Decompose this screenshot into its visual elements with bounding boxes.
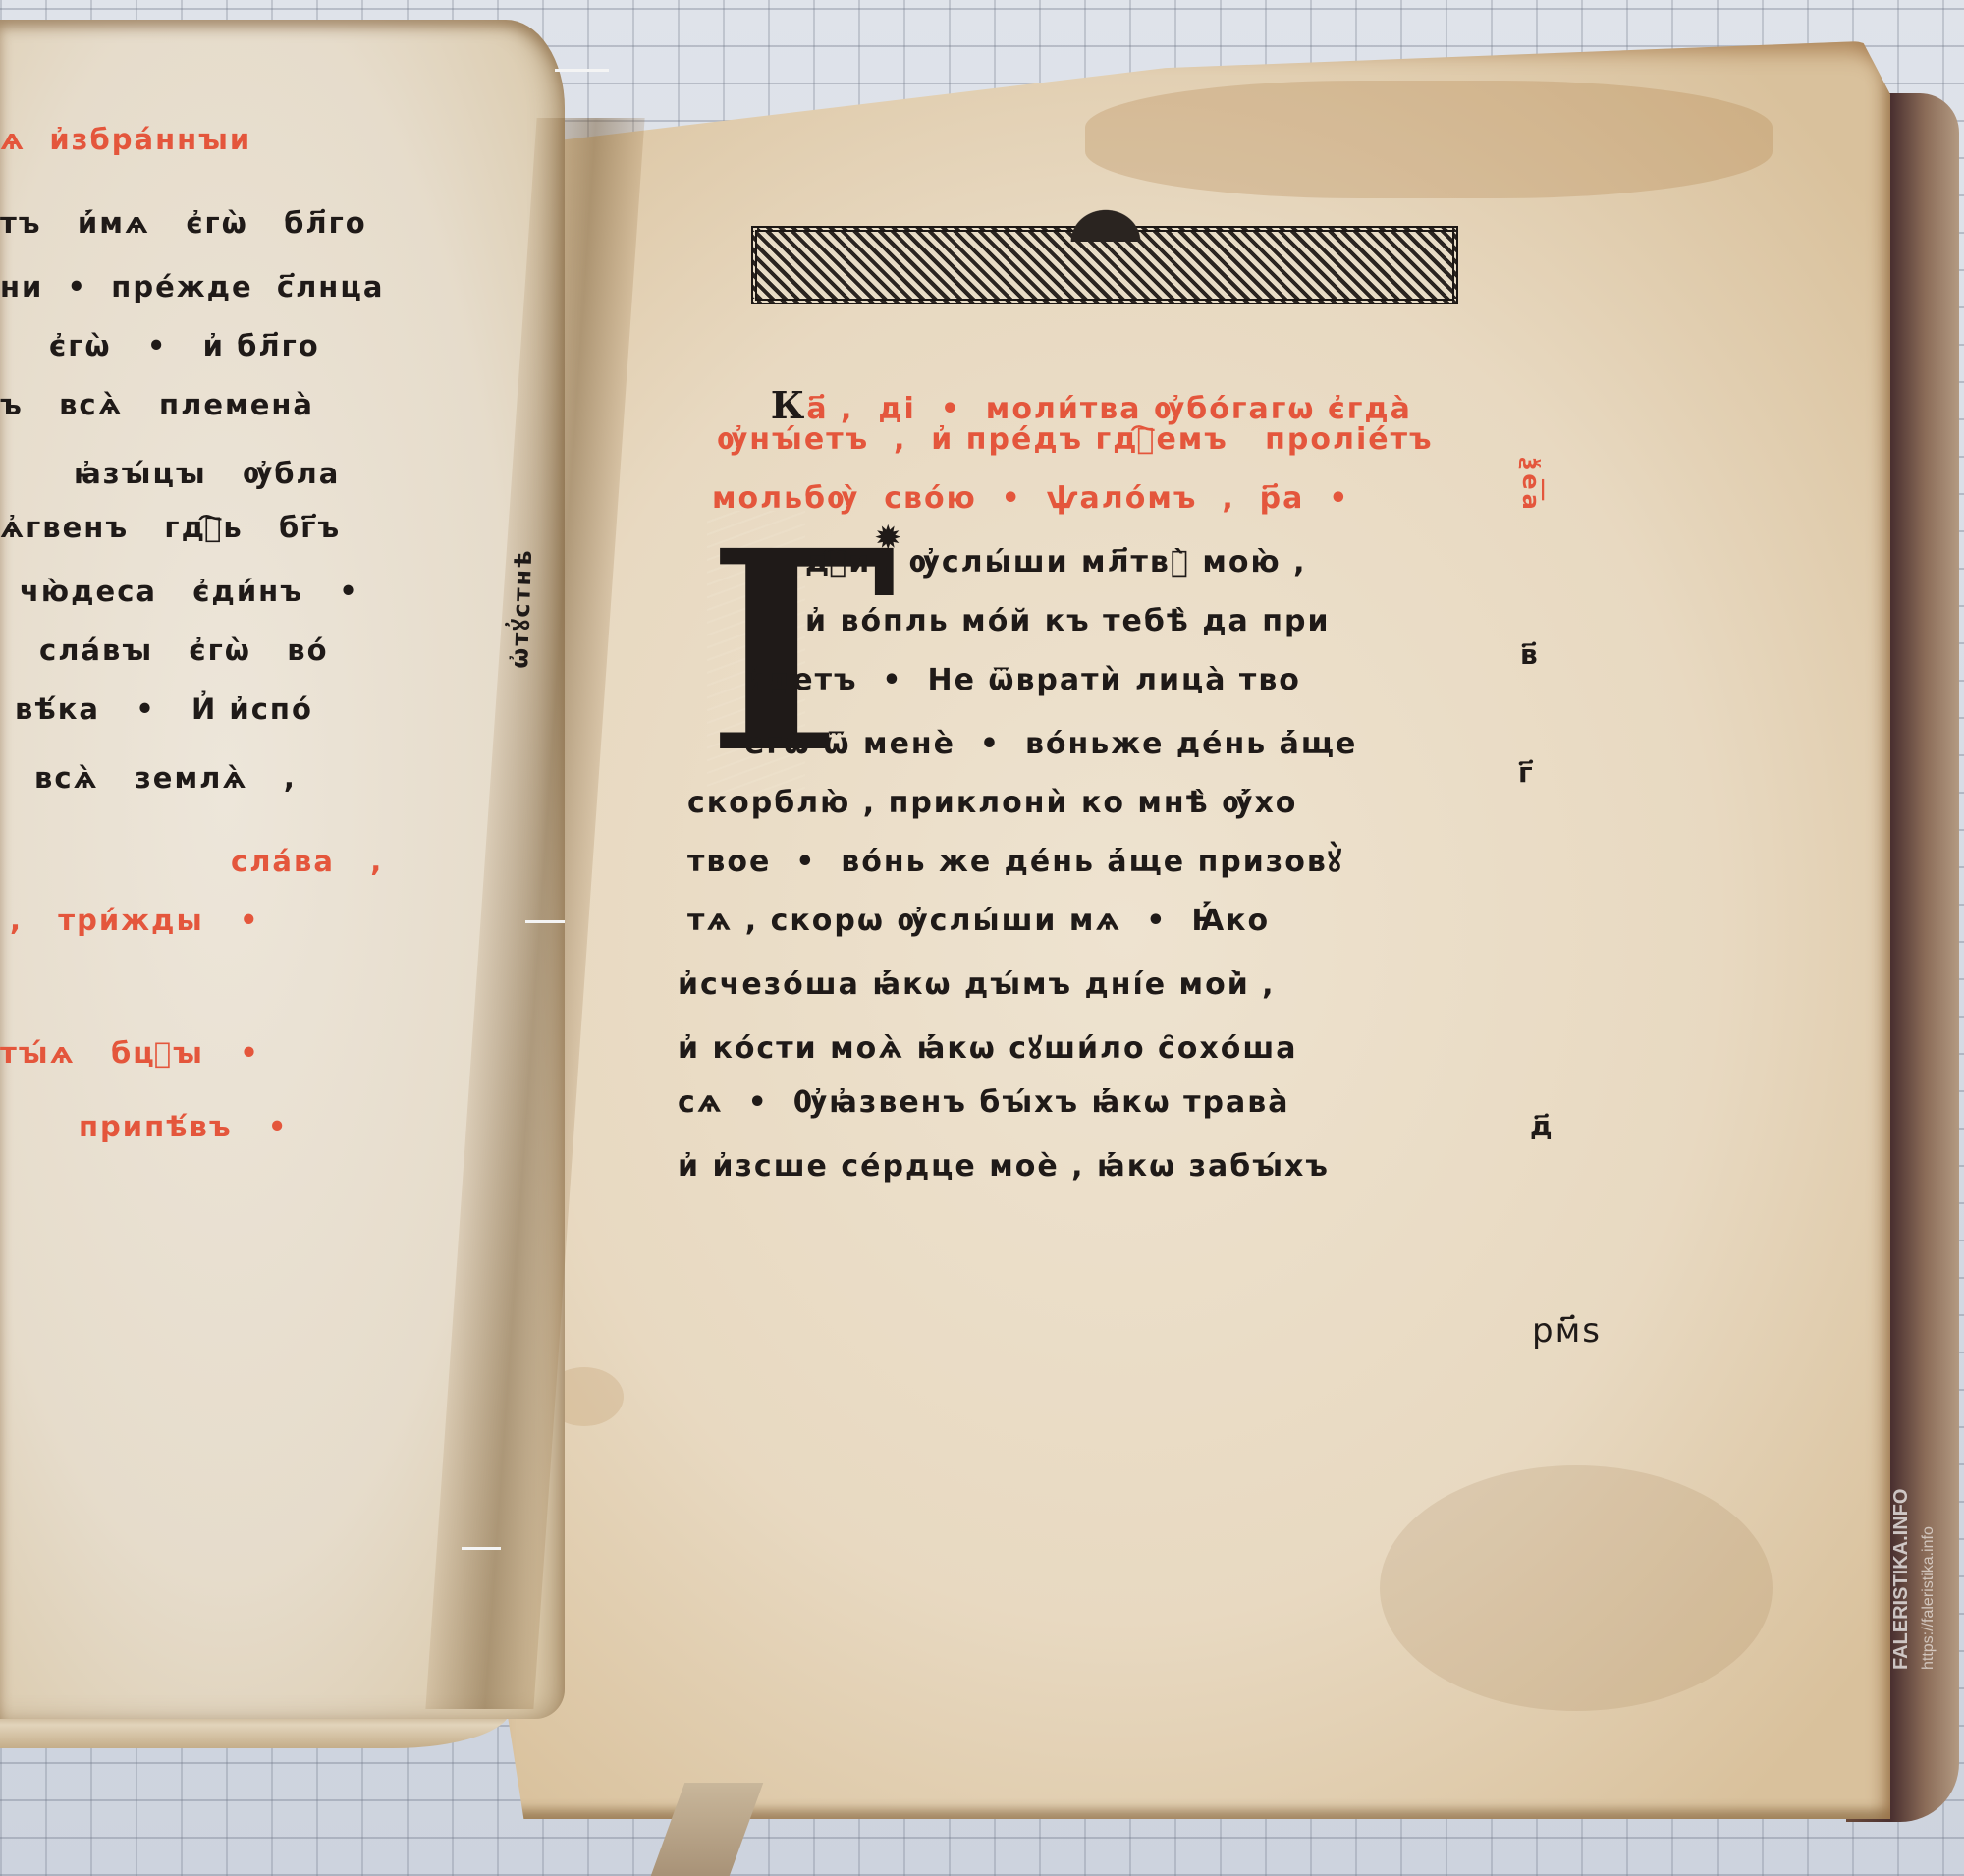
left-line: ꙗ҆зꙑ́цꙑ ѹ҆бла (74, 457, 340, 490)
water-stain (1085, 81, 1773, 198)
paper-stain (1380, 1465, 1773, 1711)
watermark-url: https://faleristika.info (1920, 1526, 1937, 1670)
body-line: и҆ во́пль мо́й къ тебѣ̀ да при (805, 604, 1330, 638)
body-line: и҆детъ • Не ѿвратѝ лица̀ тво (744, 663, 1301, 697)
body-line: сѧ • Ѹ҆ꙗ҆звенъ бꙑ́хъ ꙗ҆́кѡ трава̀ (678, 1085, 1289, 1120)
binding-thread (462, 1547, 501, 1550)
left-line: чю̀деса є҆ди́нъ • (20, 575, 359, 608)
margin-note: ѯе͞а (1517, 457, 1545, 514)
body-line: и҆счезо́ша ꙗ҆́кѡ дꙑ́мъ дні́е мои̇̀ , (678, 967, 1276, 1002)
watermark-brand: FALERISTIKA.INFO (1890, 1489, 1913, 1670)
binding-thread (525, 920, 565, 923)
margin-note: д҃ (1530, 1110, 1555, 1142)
left-line: вѣ́ка • И҆ и҆спо́ (15, 692, 313, 726)
body-line: егѡ̀ ѿ менѐ • во́ньже де́нь а҆́ще (744, 727, 1357, 761)
margin-note: г҃ (1518, 756, 1535, 789)
left-line: тъ и҆́мѧ є҆гѡ̀ бл҃го (0, 206, 367, 240)
heading-line: а҃ , ді • моли́тва ѹ҆бо́гагѡ є҆гда̀ (806, 392, 1412, 426)
binding-thread (555, 69, 609, 72)
heading-line: ѹ҆нꙑ́етъ , и҆ пре́дъ гдⷭ҇емъ проліе́тъ (717, 422, 1434, 457)
left-line-rubric: припѣ́въ • (79, 1110, 288, 1143)
margin-note: в҃ (1520, 638, 1540, 671)
body-line: дⷭ҇и , ѹ҆слы́ши мл҃твꙋ̀ мою̀ , (805, 545, 1307, 579)
left-line: всѧ̀ землѧ̀ , (34, 761, 297, 795)
floral-headpiece-ornament (751, 226, 1458, 304)
left-line: є҆гѡ̀ • и҆ бл҃го (49, 329, 320, 362)
body-line: тѧ , скорѡ ѹ҆слы́ши мѧ • Ꙗ҆́ко (687, 904, 1270, 938)
left-line-rubric: сла́ва , (231, 845, 383, 878)
body-line: твое • во́нь же де́нь а҆́ще призовꙋ̀ (687, 840, 1343, 880)
left-line: ѧ и҆збра́ннꙑи (0, 123, 251, 156)
body-line: и҆ ко́сти моѧ̀ ꙗ҆́кѡ сꙋши́ло с̑охо́ша (678, 1026, 1297, 1067)
left-line: сла́вꙑ є҆гѡ̀ во́ (39, 634, 329, 667)
folio-number: рм҃ѕ (1532, 1311, 1602, 1351)
left-line: ни • пре́жде с҃лнца (0, 270, 384, 303)
left-line: ѧ҆гвенъ гдⷭ҇ь бг҃ъ (0, 511, 341, 544)
margin-handwriting: ѡ҆тꙋ҆стнѣ (503, 548, 539, 669)
body-line: скорблю̀ , приклонѝ ко мнѣ̀ ѹ҆́хо (687, 786, 1297, 820)
body-line: и҆ и҆зсше се́рдце моѐ , ꙗ҆́кѡ забꙑ́хъ (678, 1149, 1330, 1184)
left-line: ъ всѧ̀ племена̀ (0, 388, 314, 421)
left-line-rubric: тꙑ́ѧ бцⷣꙑ • (0, 1036, 260, 1070)
left-line-rubric: , три́жды • (10, 904, 260, 937)
heading-initial: К (771, 383, 807, 427)
